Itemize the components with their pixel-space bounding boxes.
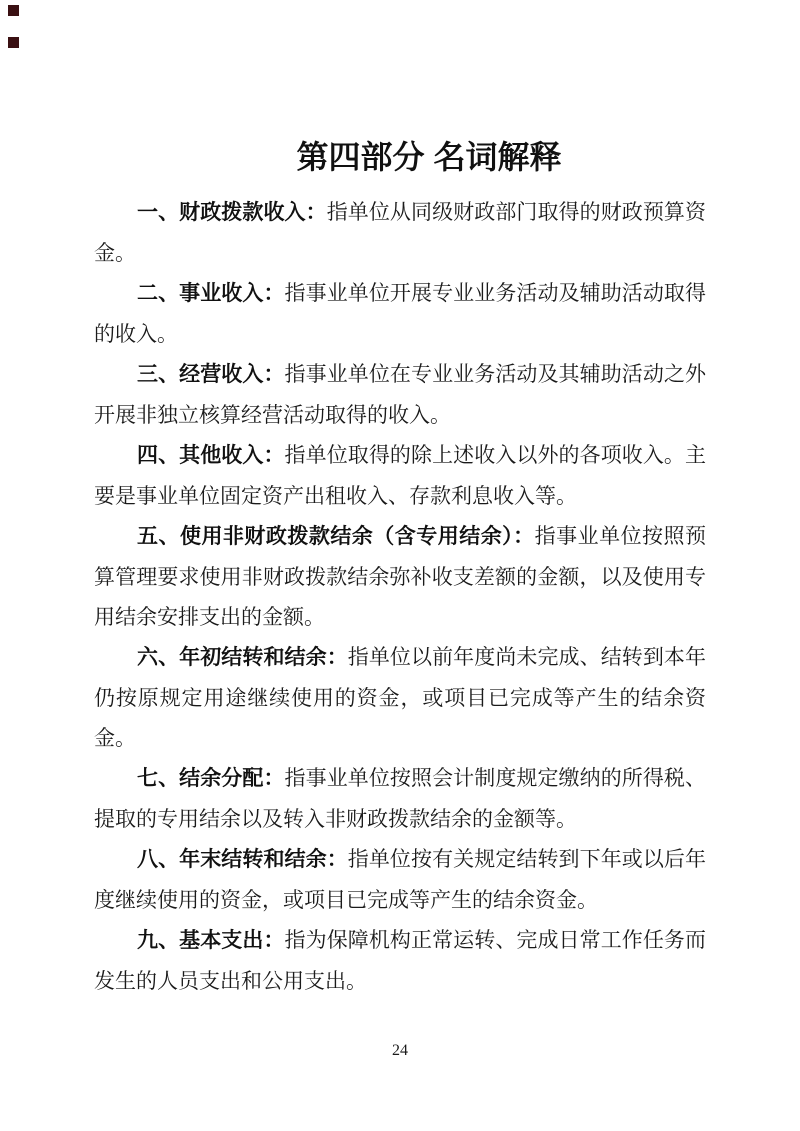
glossary-term: 五、使用非财政拨款结余（含专用结余）： (137, 525, 535, 548)
glossary-item: 三、经营收入：指事业单位在专业业务活动及其辅助活动之外开展非独立核算经营活动取得… (94, 354, 706, 435)
glossary-item: 九、基本支出：指为保障机构正常运转、完成日常工作任务而发生的人员支出和公用支出。 (94, 920, 706, 1001)
page-number: 24 (0, 1041, 800, 1061)
glossary-term: 七、结余分配： (137, 767, 285, 790)
glossary-item: 五、使用非财政拨款结余（含专用结余）：指事业单位按照预算管理要求使用非财政拨款结… (94, 516, 706, 637)
glossary-item: 二、事业收入：指事业单位开展专业业务活动及辅助活动取得的收入。 (94, 273, 706, 354)
glossary-term: 八、年末结转和结余： (137, 848, 348, 871)
glossary-item: 七、结余分配：指事业单位按照会计制度规定缴纳的所得税、提取的专用结余以及转入非财… (94, 758, 706, 839)
glossary-item: 四、其他收入：指单位取得的除上述收入以外的各项收入。主要是事业单位固定资产出租收… (94, 435, 706, 516)
glossary-term: 四、其他收入： (137, 444, 285, 467)
glossary-term: 二、事业收入： (137, 282, 285, 305)
glossary-item: 一、财政拨款收入：指单位从同级财政部门取得的财政预算资金。 (94, 192, 706, 273)
page-title: 第四部分 名词解释 (94, 136, 706, 178)
glossary-term: 三、经营收入： (137, 363, 285, 386)
glossary-item: 六、年初结转和结余：指单位以前年度尚未完成、结转到本年仍按原规定用途继续使用的资… (94, 637, 706, 758)
glossary-term: 六、年初结转和结余： (137, 646, 348, 669)
glossary-term: 一、财政拨款收入： (137, 201, 327, 224)
glossary-item: 八、年末结转和结余：指单位按有关规定结转到下年或以后年度继续使用的资金，或项目已… (94, 839, 706, 920)
scan-artifact-mark (8, 5, 19, 16)
document-page: 第四部分 名词解释 一、财政拨款收入：指单位从同级财政部门取得的财政预算资金。 … (0, 0, 800, 1131)
scan-artifact-mark (8, 37, 19, 48)
page-content: 第四部分 名词解释 一、财政拨款收入：指单位从同级财政部门取得的财政预算资金。 … (94, 136, 706, 1001)
glossary-term: 九、基本支出： (137, 929, 285, 952)
